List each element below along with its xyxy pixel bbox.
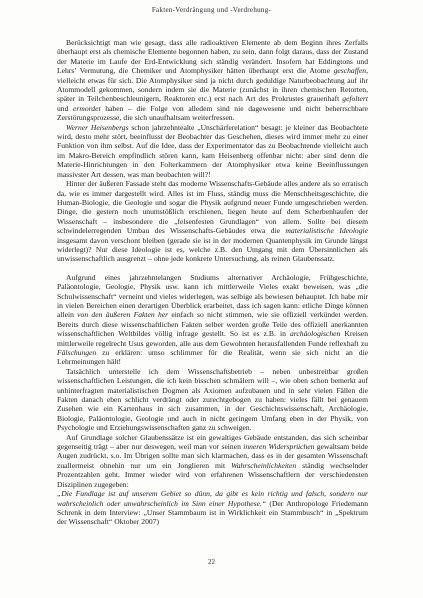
paragraph: Tatsächlich unterstelle ich dem Wissensc…: [57, 367, 368, 433]
document-page: Fakten-Verdrängung und -Verdrehung- Berü…: [0, 0, 423, 598]
text-run: haben – die Folge von alledem sind nie d…: [57, 104, 368, 122]
paragraph: Werner Heisenbergs schon jahrzehntealte …: [57, 123, 368, 179]
text-run: zu erklären: umso schlimmer für die Real…: [57, 348, 368, 366]
italic-text-run: inneren Widersprüchen: [243, 442, 314, 451]
italic-text-run: materialistische Ideologie: [285, 226, 368, 235]
italic-text-run: Werner Heisenbergs: [66, 123, 129, 132]
text-run: Berücksichtigt man wie gesagt, dass alle…: [57, 38, 368, 75]
text-run: insgesamt davon verschont bleiben (gerad…: [57, 236, 368, 264]
paragraph: Aufgrund eines jahrzehntelangen Studiums…: [57, 273, 368, 367]
italic-text-run: geschaffen: [334, 66, 366, 75]
paragraph: Berücksichtigt man wie gesagt, dass alle…: [57, 38, 368, 123]
text-run: und: [57, 104, 73, 113]
italic-text-run: archäologischen: [290, 329, 340, 338]
page-number: 22: [0, 558, 423, 566]
italic-text-run: von den äußeren Fakten her: [77, 310, 168, 319]
page-body: Berücksichtigt man wie gesagt, dass alle…: [57, 38, 368, 527]
italic-text-run: Fälschungen: [57, 348, 96, 357]
paragraph: Auf Grundlage solcher Glaubenssätze ist …: [57, 433, 368, 489]
paragraph: Hinter der äußeren Fassade steht das mod…: [57, 179, 368, 264]
running-header: Fakten-Verdrängung und -Verdrehung-: [0, 6, 423, 14]
italic-text-run: gefoltert: [342, 94, 368, 103]
paragraph: „Die Fundlage ist auf unserem Gebiet so …: [57, 489, 368, 527]
italic-text-run: Wahrscheinlichkeiten: [231, 461, 296, 470]
text-run: Tatsächlich unterstelle ich dem Wissensc…: [57, 367, 368, 432]
italic-text-run: ermordet: [73, 104, 101, 113]
